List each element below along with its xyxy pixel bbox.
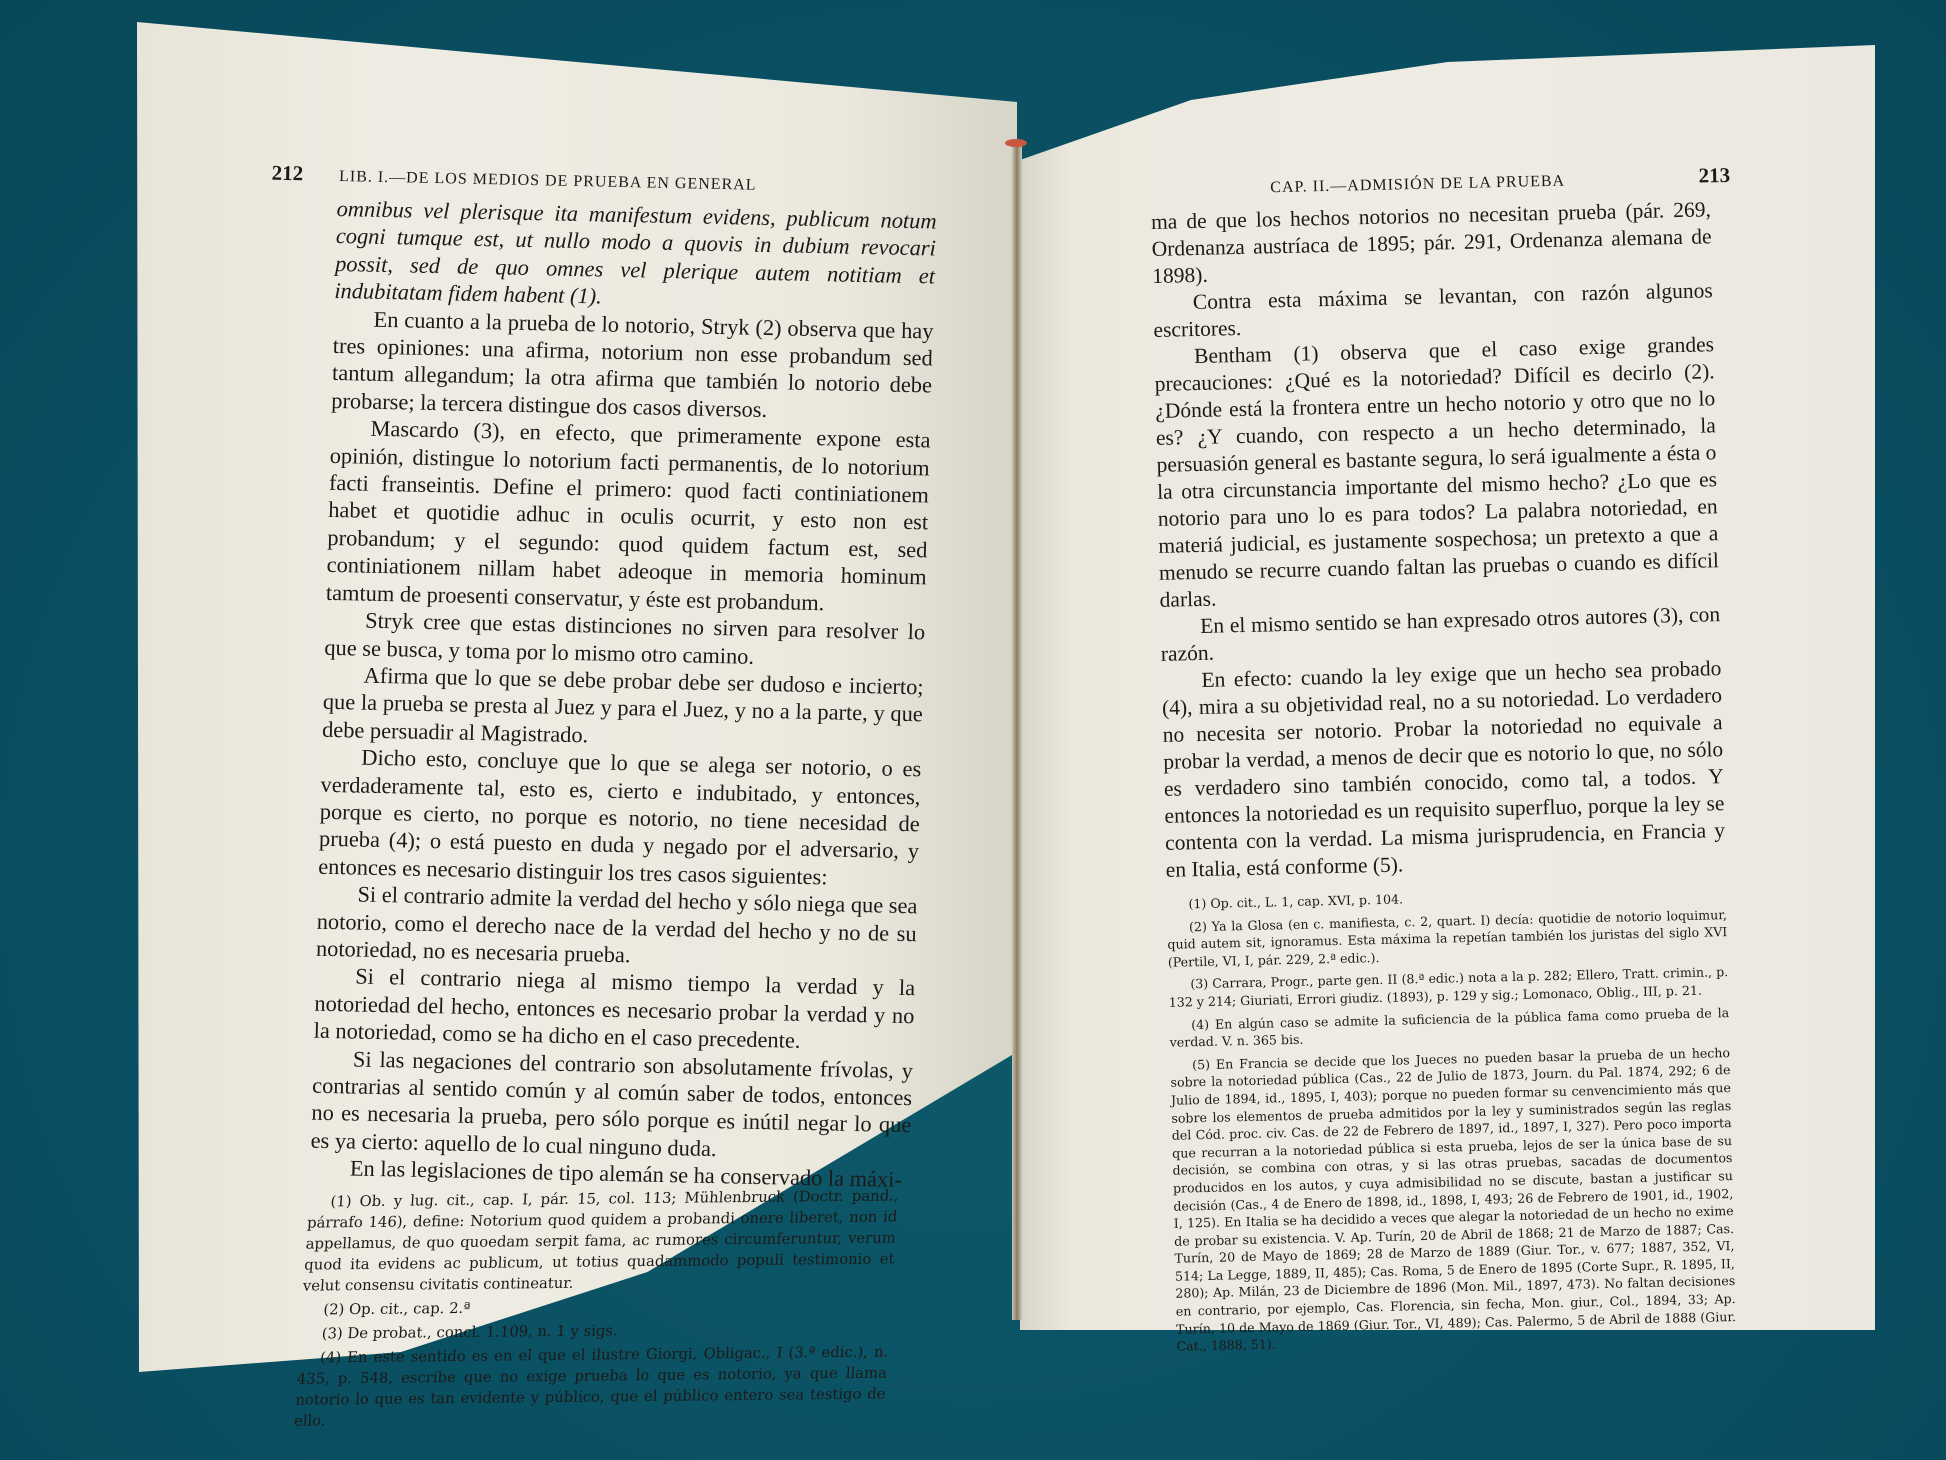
left-running-title: LIB. I.—DE LOS MEDIOS DE PRUEBA EN GENER…: [339, 168, 757, 195]
paragraph: En efecto: cuando la ley exige que un he…: [1161, 655, 1726, 884]
footnote: (3) De probat., concl. 1.109, n. 1 y sig…: [299, 1317, 891, 1344]
footnote: (2) Ya la Glosa (en c. manifiesta, c. 2,…: [1167, 906, 1728, 971]
paragraph: Si el contrario admite la verdad del hec…: [316, 880, 918, 975]
paragraph: omnibus vel plerisque ita manifestum evi…: [334, 195, 937, 317]
right-page-content: CAP. II.—ADMISIÓN DE LA PRUEBA 213 ma de…: [1150, 163, 1737, 1360]
left-body-text: omnibus vel plerisque ita manifestum evi…: [310, 195, 937, 1194]
footnote: (5) En Francia se decide que los Jueces …: [1170, 1044, 1737, 1356]
left-page-content: 212 LIB. I.—DE LOS MEDIOS DE PRUEBA EN G…: [302, 162, 937, 1447]
left-footnotes: (1) Ob. y lug. cit., cap. I, pár. 15, co…: [293, 1185, 899, 1431]
footnote: (2) Op. cit., cap. 2.ª: [301, 1293, 893, 1320]
page-number-left: 212: [271, 161, 303, 187]
right-running-title: CAP. II.—ADMISIÓN DE LA PRUEBA: [1270, 173, 1565, 198]
right-body-text: ma de que los hechos notorios no necesit…: [1151, 196, 1726, 884]
footnote: (3) Carrara, Progr., parte gen. II (8.ª …: [1168, 963, 1729, 1011]
book-spine: [1012, 140, 1022, 1320]
right-footnotes: (1) Op. cit., L. 1, cap. XVI, p. 104. (2…: [1166, 883, 1736, 1355]
paragraph: Mascardo (3), en efecto, que primerament…: [326, 414, 931, 618]
paragraph: Si el contrario niega al mismo tiempo la…: [313, 962, 915, 1057]
paragraph: ma de que los hechos notorios no necesit…: [1151, 196, 1713, 290]
footnote: (4) En este sentido es en el que el ilus…: [293, 1341, 889, 1431]
footnote: (4) En algún caso se admite la suficienc…: [1169, 1004, 1730, 1052]
open-book: 212 LIB. I.—DE LOS MEDIOS DE PRUEBA EN G…: [0, 0, 1946, 1460]
paragraph: Dicho esto, concluye que lo que se alega…: [318, 743, 922, 893]
paragraph: Bentham (1) observa que el caso exige gr…: [1154, 331, 1720, 614]
footnote: (1) Ob. y lug. cit., cap. I, pár. 15, co…: [302, 1185, 899, 1296]
paragraph: En cuanto a la prueba de lo notorio, Str…: [331, 305, 934, 427]
headband: [1005, 139, 1027, 147]
page-number-right: 213: [1698, 163, 1730, 189]
paragraph: Afirma que lo que se debe probar debe se…: [322, 661, 924, 756]
paragraph: Si las negaciones del contrario son abso…: [310, 1044, 913, 1166]
